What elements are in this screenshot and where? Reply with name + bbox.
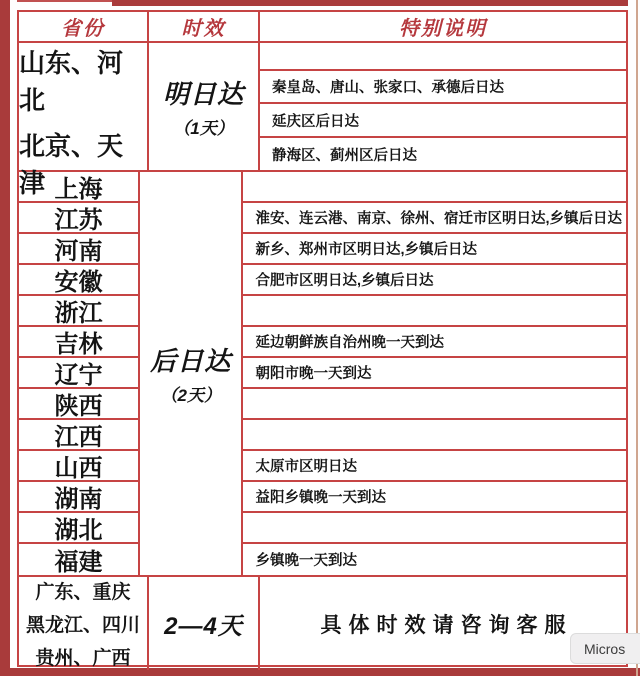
time-cell: 明日达 （1天） <box>149 43 258 170</box>
province-line: 贵州、广西 <box>35 643 130 670</box>
note-cell <box>243 389 626 420</box>
note-cell: 太原市区明日达 <box>243 451 626 482</box>
group-two-day: 上海 江苏 河南 安徽 浙江 吉林 辽宁 陕西 江西 山西 湖南 湖北 福建 后… <box>19 172 626 577</box>
note-cell: 延庆区后日达 <box>260 104 626 138</box>
province-cell: 吉林 <box>19 327 138 358</box>
province-line: 黑龙江、四川 <box>26 610 140 637</box>
group3-province-col: 广东、重庆 黑龙江、四川 贵州、广西 <box>19 577 149 670</box>
group2-time-col: 后日达 （2天） <box>140 172 243 575</box>
note-cell: 合肥市区明日达,乡镇后日达 <box>243 265 626 296</box>
frame-top-bar <box>112 0 628 6</box>
province-line: 山东、河北 <box>19 43 147 117</box>
province-cell: 浙江 <box>19 296 138 327</box>
note-cell <box>243 513 626 544</box>
province-cell: 河南 <box>19 234 138 265</box>
header-special-notes: 特别说明 <box>260 12 626 41</box>
header-province: 省份 <box>19 12 149 41</box>
table-header-row: 省份 时效 特别说明 <box>19 12 626 43</box>
note-cell: 益阳乡镇晚一天到达 <box>243 482 626 513</box>
province-cell: 山西 <box>19 451 138 482</box>
delivery-time-table: 省份 时效 特别说明 山东、河北 北京、天津 明日达 （1天） 秦皇岛、唐山、张… <box>17 10 628 667</box>
note-cell <box>243 296 626 327</box>
province-cell: 安徽 <box>19 265 138 296</box>
overlay-watermark-button[interactable]: Micros <box>570 633 640 664</box>
province-cell: 江苏 <box>19 203 138 234</box>
province-line: 广东、重庆 <box>35 577 130 604</box>
province-cell: 上海 <box>19 172 138 203</box>
header-time: 时效 <box>149 12 260 41</box>
note-cell <box>243 172 626 203</box>
group2-notes-col: 淮安、连云港、南京、徐州、宿迁市区明日达,乡镇后日达 新乡、郑州市区明日达,乡镇… <box>243 172 626 575</box>
time-cell: 2—4天 <box>149 577 258 670</box>
province-cell: 陕西 <box>19 389 138 420</box>
note-cell <box>243 420 626 451</box>
group3-time-col: 2—4天 <box>149 577 260 670</box>
frame-left-strip <box>0 0 10 676</box>
group1-notes-col: 秦皇岛、唐山、张家口、承德后日达 延庆区后日达 静海区、蓟州区后日达 <box>260 43 626 170</box>
group-next-day: 山东、河北 北京、天津 明日达 （1天） 秦皇岛、唐山、张家口、承德后日达 延庆… <box>19 43 626 172</box>
note-cell: 新乡、郑州市区明日达,乡镇后日达 <box>243 234 626 265</box>
note-cell: 延边朝鲜族自治州晚一天到达 <box>243 327 626 358</box>
overlay-watermark-label: Micros <box>584 641 625 657</box>
note-cell: 乡镇晚一天到达 <box>243 544 626 575</box>
province-cell: 福建 <box>19 544 138 575</box>
group1-province-col: 山东、河北 北京、天津 <box>19 43 149 170</box>
note-cell: 静海区、蓟州区后日达 <box>260 138 626 170</box>
screenshot-root: 省份 时效 特别说明 山东、河北 北京、天津 明日达 （1天） 秦皇岛、唐山、张… <box>0 0 640 676</box>
province-cell: 湖北 <box>19 513 138 544</box>
time-sub: （2天） <box>161 381 221 406</box>
province-cell: 湖南 <box>19 482 138 513</box>
group1-time-col: 明日达 （1天） <box>149 43 260 170</box>
time-main: 2—4天 <box>164 606 243 641</box>
note-cell: 淮安、连云港、南京、徐州、宿迁市区明日达,乡镇后日达 <box>243 203 626 234</box>
province-cell: 江西 <box>19 420 138 451</box>
note-cell: 秦皇岛、唐山、张家口、承德后日达 <box>260 71 626 104</box>
frame-top-thin-line <box>17 0 117 2</box>
group2-province-col: 上海 江苏 河南 安徽 浙江 吉林 辽宁 陕西 江西 山西 湖南 湖北 福建 <box>19 172 140 575</box>
time-main: 明日达 <box>163 74 244 111</box>
time-sub: （1天） <box>173 114 233 139</box>
note-cell: 朝阳市晚一天到达 <box>243 358 626 389</box>
page-edge-line <box>636 0 638 676</box>
province-cell: 辽宁 <box>19 358 138 389</box>
province-cell: 广东、重庆 黑龙江、四川 贵州、广西 <box>19 577 147 670</box>
time-main: 后日达 <box>150 341 231 378</box>
group-two-to-four-day: 广东、重庆 黑龙江、四川 贵州、广西 2—4天 具体时效请咨询客服 <box>19 577 626 670</box>
note-cell <box>260 43 626 71</box>
time-cell: 后日达 （2天） <box>140 172 241 575</box>
